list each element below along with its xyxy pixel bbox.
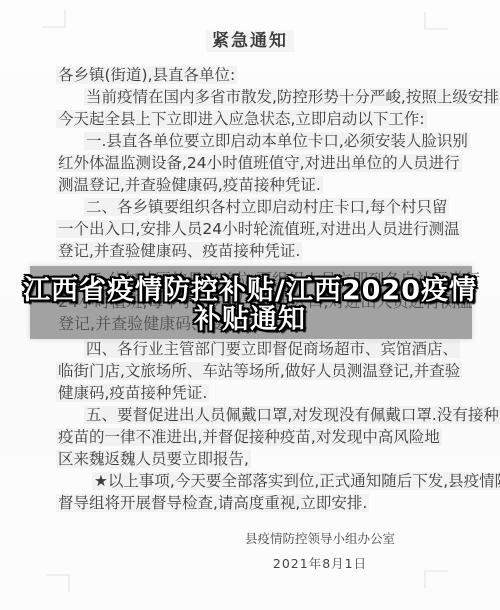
caption-line-1: 江西省疫情防控补贴/江西2020疫情	[0, 276, 500, 305]
notice-line: 各乡镇(街道),县直各单位:	[56, 64, 448, 86]
notice-line: 区来魏返魏人员要立即报告,	[56, 448, 448, 470]
notice-body-continued: 四、各行业主管部门要立即督促商场超市、宾馆酒店、 临街门店,文旅场所、车站等场所…	[56, 338, 448, 514]
notice-line: 临街门店,文旅场所、车站等场所,做好人员测温登记,并查验	[56, 360, 448, 382]
notice-line: 登记,并查验健康码、疫苗接种凭证.	[56, 240, 448, 262]
notice-line: 一.县直各单位要立即启动本单位卡口,必须安装人脸识别	[56, 130, 448, 152]
crop-mark-bottom-right	[424, 570, 448, 588]
notice-line: 五、要督促进出人员佩戴口罩,对发现没有佩戴口罩.没有接种	[56, 404, 448, 426]
notice-line: 测温登记,并查验健康码,疫苗接种凭证.	[56, 174, 448, 196]
notice-title-text: 紧急通知	[206, 30, 294, 52]
caption-overlay: 江西省疫情防控补贴/江西2020疫情 补贴通知	[0, 276, 500, 334]
notice-line-text: 红外体温监测设备,24小时值班值守,对进出单位的人员进行	[56, 154, 462, 172]
notice-line: 四、各行业主管部门要立即督促商场超市、宾馆酒店、	[56, 338, 448, 360]
notice-line-text: 测温登记,并查验健康码,疫苗接种凭证.	[56, 176, 323, 194]
notice-line: 当前疫情在国内多省市散发,防控形势十分严峻,按照上级安排,从	[56, 86, 448, 108]
notice-line-text: 一个出入口,安排人员24小时轮流值班,对进出人员进行测温	[56, 220, 462, 238]
notice-line-text: 临街门店,文旅场所、车站等场所,做好人员测温登记,并查验	[56, 362, 462, 380]
notice-line: 今天起全县上下立即进入应急状态,立即启动以下工作:	[56, 108, 448, 130]
notice-line-text: 督导组将开展督导检查,请高度重视,立即安排.	[56, 494, 369, 512]
notice-line: 红外体温监测设备,24小时值班值守,对进出单位的人员进行	[56, 152, 448, 174]
notice-line-text: 当前疫情在国内多省市散发,防控形势十分严峻,按照上级安排,从	[84, 88, 500, 106]
signature-block: 县疫情防控领导小组办公室 2021年8月1日	[195, 531, 445, 572]
caption-line-2: 补贴通知	[0, 305, 500, 334]
notice-line-text: 二、各乡镇要组织各村立即启动村庄卡口,每个村只留	[84, 198, 449, 216]
notice-line: 一个出入口,安排人员24小时轮流值班,对进出人员进行测温	[56, 218, 448, 240]
notice-photo: 紧急通知 各乡镇(街道),县直各单位: 当前疫情在国内多省市散发,防控形势十分严…	[0, 0, 500, 610]
notice-line-text: 各乡镇(街道),县直各单位:	[56, 66, 237, 84]
crop-mark-bottom-left	[46, 574, 70, 592]
notice-body: 各乡镇(街道),县直各单位: 当前疫情在国内多省市散发,防控形势十分严峻,按照上…	[56, 64, 448, 262]
notice-line-text: 五、要督促进出人员佩戴口罩,对发现没有佩戴口罩.没有接种	[84, 406, 500, 424]
signature-office: 县疫情防控领导小组办公室	[195, 531, 445, 547]
notice-line-text: 今天起全县上下立即进入应急状态,立即启动以下工作:	[56, 110, 427, 128]
notice-line-text: 登记,并查验健康码、疫苗接种凭证.	[56, 242, 302, 260]
notice-line: 健康码,疫苗接种凭证.	[56, 382, 448, 404]
notice-line-text: ★以上事项,今天要全部落实到位,正式通知随后下发,县疫情防控	[92, 472, 500, 490]
notice-line-text: 疫苗的一律不准进出,并督促接种疫苗,对发现中高风险地	[56, 428, 442, 446]
notice-line: 疫苗的一律不准进出,并督促接种疫苗,对发现中高风险地	[56, 426, 448, 448]
signature-date: 2021年8月1日	[195, 556, 445, 572]
notice-line-text: 一.县直各单位要立即启动本单位卡口,必须安装人脸识别	[84, 132, 470, 150]
notice-line: ★以上事项,今天要全部落实到位,正式通知随后下发,县疫情防控	[56, 470, 448, 492]
notice-title: 紧急通知	[0, 26, 500, 51]
notice-line-text: 四、各行业主管部门要立即督促商场超市、宾馆酒店、	[84, 340, 460, 358]
notice-line-text: 健康码,疫苗接种凭证.	[56, 384, 209, 402]
notice-line: 督导组将开展督导检查,请高度重视,立即安排.	[56, 492, 448, 514]
notice-line: 二、各乡镇要组织各村立即启动村庄卡口,每个村只留	[56, 196, 448, 218]
notice-line-text: 区来魏返魏人员要立即报告,	[56, 450, 251, 468]
